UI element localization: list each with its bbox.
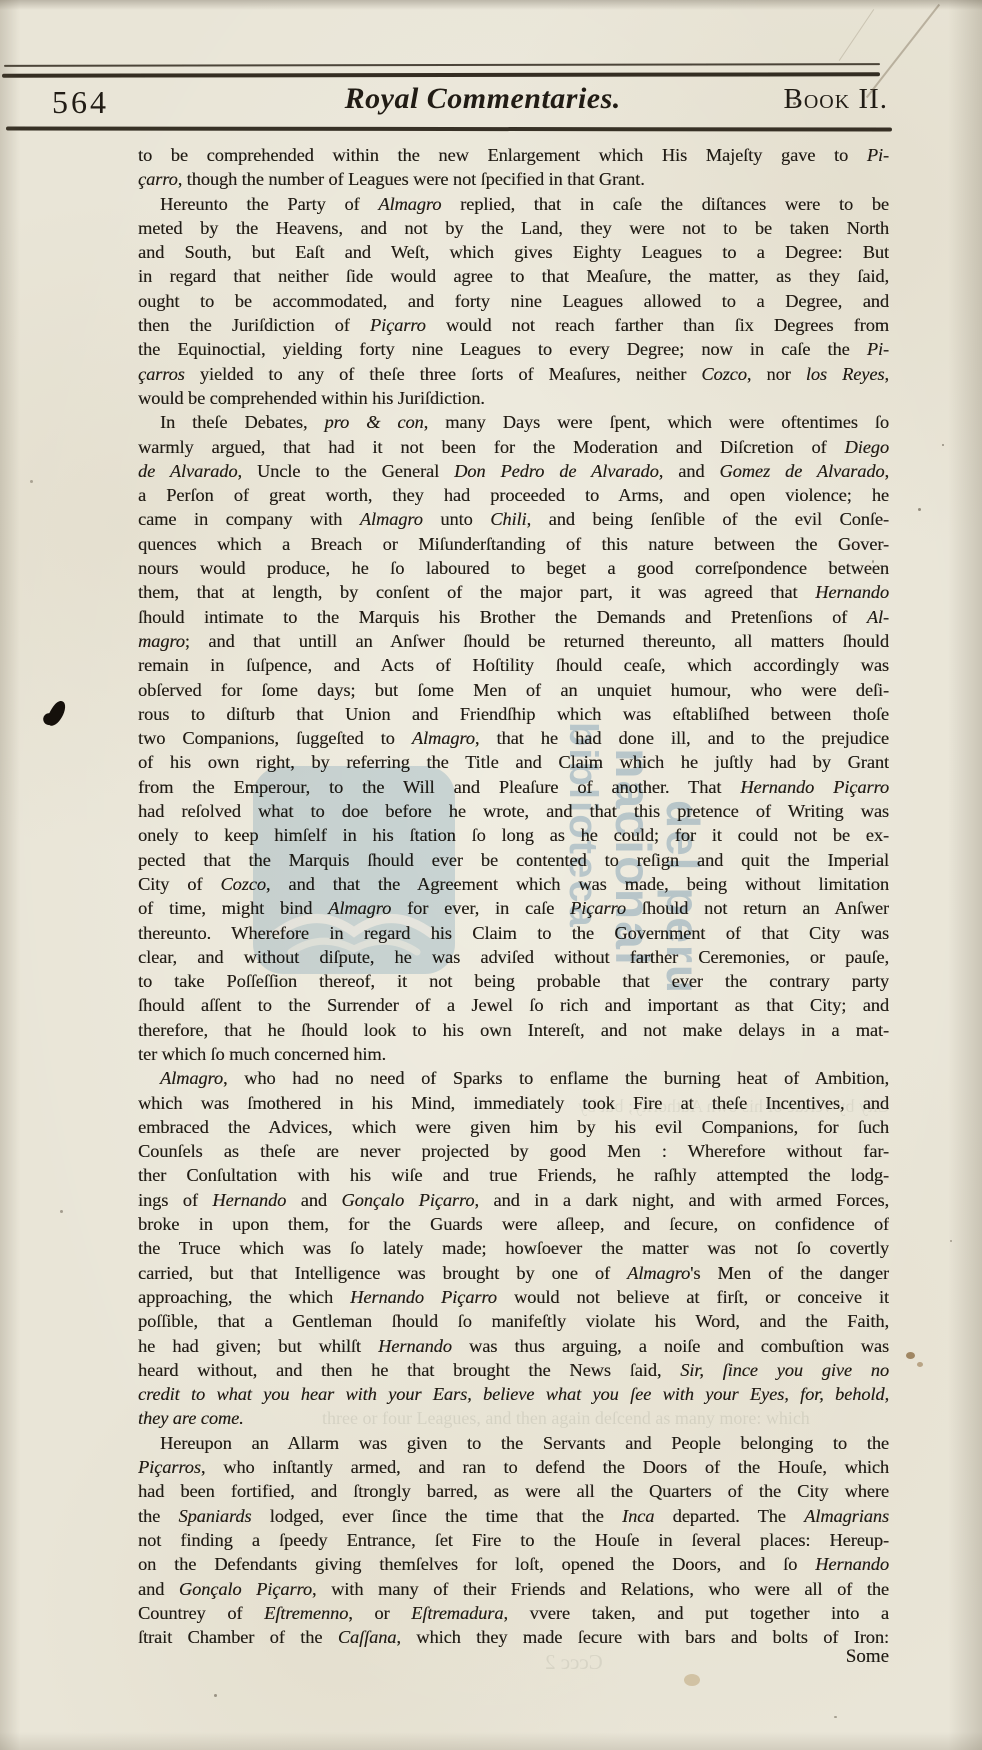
text-line: would be comprehended within his Juriſdi… <box>138 386 889 410</box>
running-title: Royal Commentaries. <box>345 82 621 116</box>
text-line: Hereunto the Party of Almagro replied, t… <box>138 192 889 216</box>
page-number: 564 <box>52 84 109 121</box>
text-line: had been fortified, and ſtrongly barred,… <box>138 1479 889 1503</box>
text-line: magro; and that untill an Anſwer ſhould … <box>138 629 889 653</box>
text-line: çarro, though the number of Leagues were… <box>138 167 889 191</box>
text-line: ought to be accommodated, and forty nine… <box>138 289 889 313</box>
text-line: which was ſmothered in his Mind, immedia… <box>138 1091 889 1115</box>
text-line: heard without, and then he that brought … <box>138 1358 889 1382</box>
speck <box>942 444 944 446</box>
speck <box>834 1716 837 1718</box>
fox-spot <box>917 1362 923 1367</box>
catchword: Some <box>138 1646 889 1668</box>
page-text: to be comprehended within the new Enlarg… <box>138 143 889 1649</box>
text-line: of his own right, by referring the Title… <box>138 750 889 774</box>
text-line: therefore, that he ſhould look to his ow… <box>138 1018 889 1042</box>
speck <box>793 102 796 105</box>
speck <box>872 560 874 563</box>
text-line: not finding a ſpeedy Entrance, ſet Fire … <box>138 1528 889 1552</box>
text-line: in regard that neither ſide would agree … <box>138 264 889 288</box>
header-bottom-rule <box>6 127 892 132</box>
text-line: ings of Hernando and Gonçalo Piçarro, an… <box>138 1188 889 1212</box>
text-line: he had given; but whilſt Hernando was th… <box>138 1334 889 1358</box>
speck <box>950 1240 952 1242</box>
text-line: ſhould intimate to the Marquis his Broth… <box>138 605 889 629</box>
speck <box>60 1210 63 1213</box>
fox-spot <box>906 1352 915 1359</box>
text-line: embraced the Advices, which were given h… <box>138 1115 889 1139</box>
header-top-rule-thick <box>2 72 880 78</box>
header-top-rule-thin <box>4 63 880 67</box>
text-line: City of Cozco, and that the Agreement wh… <box>138 872 889 896</box>
text-line: Piçarros, who inſtantly armed, and ran t… <box>138 1455 889 1479</box>
text-line: to take Poſſeſſion thereof, it not being… <box>138 969 889 993</box>
text-line: carried, but that Intelligence was broug… <box>138 1261 889 1285</box>
scratch-mark <box>866 4 940 98</box>
text-line: the Truce which was ſo lately made; howſ… <box>138 1236 889 1260</box>
text-line: Hereupon an Allarm was given to the Serv… <box>138 1431 889 1455</box>
text-line: then the Juriſdiction of Piçarro would n… <box>138 313 889 337</box>
text-line: In theſe Debates, pro & con, many Days w… <box>138 410 889 434</box>
text-line: from the Emperour, to the Will and Pleaſ… <box>138 775 889 799</box>
text-line: came in company with Almagro unto Chili,… <box>138 507 889 531</box>
text-line: Counſels as theſe are never projected by… <box>138 1139 889 1163</box>
text-line: the Equinoctial, yielding forty nine Lea… <box>138 337 889 361</box>
text-line: to be comprehended within the new Enlarg… <box>138 143 889 167</box>
text-line: ther Conſultation with his wiſe and true… <box>138 1163 889 1187</box>
text-line: ſhould aſſent to the Surrender of a Jewe… <box>138 993 889 1017</box>
text-line: had reſolved what to doe before he wrote… <box>138 799 889 823</box>
margin-ink-mark <box>44 699 69 729</box>
text-line: and South, but Eaſt and Weſt, which give… <box>138 240 889 264</box>
text-line: ter which ſo much concerned him. <box>138 1042 889 1066</box>
speck <box>214 1694 217 1697</box>
text-line: of time, might bind Almagro for ever, in… <box>138 896 889 920</box>
stain <box>684 1674 700 1686</box>
scanned-book-page: three or four Leagues, and then again de… <box>0 0 982 1750</box>
text-line: meted by the Heavens, and not by the Lan… <box>138 216 889 240</box>
text-line: onely to keep himſelf in his ſtation ſo … <box>138 823 889 847</box>
text-line: and Gonçalo Piçarro, with many of their … <box>138 1577 889 1601</box>
text-line: Countrey of Eſtremenno, or Eſtremadura, … <box>138 1601 889 1625</box>
speck <box>918 508 921 511</box>
text-line: them, that at length, by conſent of the … <box>138 580 889 604</box>
text-line: credit to what you hear with your Ears, … <box>138 1382 889 1406</box>
text-line: poſſible, that a Gentleman ſhould ſo man… <box>138 1309 889 1333</box>
text-line: approaching, the which Hernando Piçarro … <box>138 1285 889 1309</box>
text-line: warmly argued, that had it not been for … <box>138 435 889 459</box>
text-line: de Alvarado, Uncle to the General Don Pe… <box>138 459 889 483</box>
text-line: çarros yielded to any of theſe three ſor… <box>138 362 889 386</box>
text-line: thereunto. Wherefore in regard his Claim… <box>138 921 889 945</box>
text-line: a Perſon of great worth, they had procee… <box>138 483 889 507</box>
text-line: obſerved for ſome days; but ſome Men of … <box>138 678 889 702</box>
text-line: clear, and without diſpute, he was adviſ… <box>138 945 889 969</box>
text-line: nours would produce, he ſo laboured to b… <box>138 556 889 580</box>
text-line: rous to diſturb that Union and Friendſhi… <box>138 702 889 726</box>
text-line: quences which a Breach or Miſunderſtandi… <box>138 532 889 556</box>
scratch-mark <box>839 9 874 61</box>
text-line: they are come. <box>138 1406 889 1430</box>
text-line: pected that the Marquis ſhould ever be c… <box>138 848 889 872</box>
text-line: the Spaniards lodged, ever ſince the tim… <box>138 1504 889 1528</box>
text-line: on the Defendants giving themſelves for … <box>138 1552 889 1576</box>
text-line: two Companions, ſuggeſted to Almagro, th… <box>138 726 889 750</box>
text-line: remain in ſuſpence, and Acts of Hoſtilit… <box>138 653 889 677</box>
text-line: broke in upon them, for the Guards were … <box>138 1212 889 1236</box>
text-line: Almagro, who had no need of Sparks to en… <box>138 1066 889 1090</box>
speck <box>30 480 33 483</box>
